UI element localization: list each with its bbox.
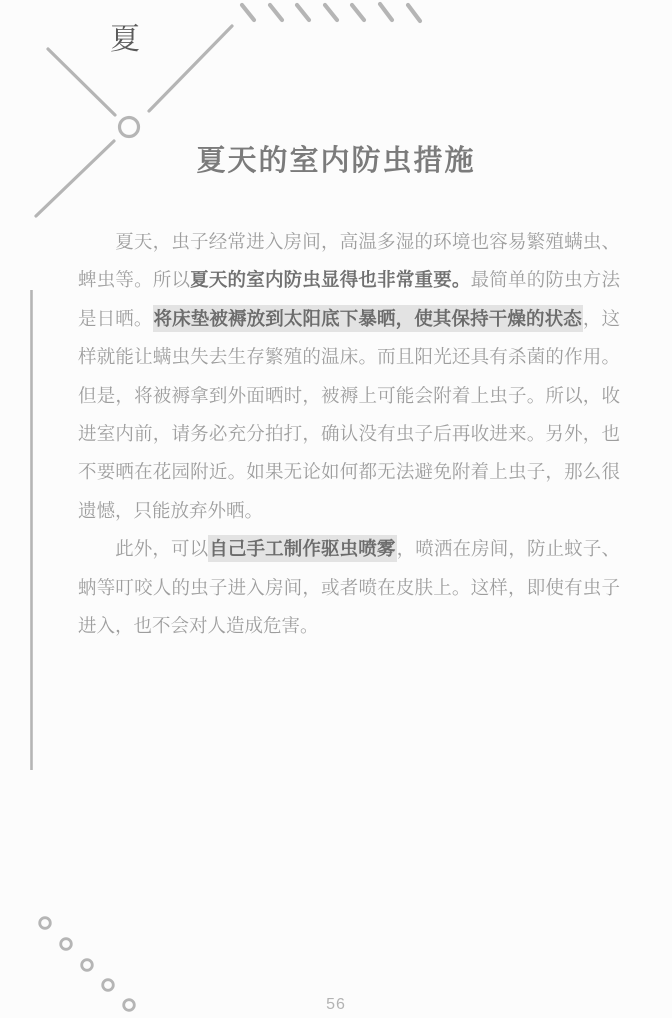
- bold-text: 夏天的室内防虫显得也非常重要。: [190, 269, 470, 290]
- body-run: ，这: [583, 308, 620, 329]
- body-run: 是日晒。: [78, 308, 153, 329]
- body-run: ，喷洒在房间，防止蚊子、: [397, 538, 620, 559]
- body-run: 不要晒在花园附近。如果无论如何都无法避免附着上虫子，那么很: [78, 461, 620, 482]
- text-line: 样就能让螨虫失去生存繁殖的温床。而且阳光还具有杀菌的作用。: [78, 338, 620, 376]
- body-run: 蜱虫等。所以: [78, 269, 190, 290]
- section-marker: 夏: [110, 22, 141, 58]
- highlighted-text: 将床垫被褥放到太阳底下暴晒，使其保持干燥的状态: [153, 305, 583, 332]
- hatch-marks: [242, 4, 420, 21]
- highlighted-text: 自己手工制作驱虫喷雾: [208, 535, 396, 562]
- text-line: 进室内前，请务必充分拍打，确认没有虫子后再收进来。另外，也: [78, 415, 620, 453]
- node-circle-icon: [120, 118, 139, 137]
- body-run: 此外，可以: [115, 538, 208, 559]
- text-line: 是日晒。将床垫被褥放到太阳底下暴晒，使其保持干燥的状态，这: [78, 300, 620, 338]
- body-text: 夏天，虫子经常进入房间，高温多湿的环境也容易繁殖螨虫、蜱虫等。所以夏天的室内防虫…: [78, 223, 620, 645]
- text-line: 蜱虫等。所以夏天的室内防虫显得也非常重要。最简单的防虫方法: [78, 261, 620, 299]
- body-run: 蚋等叮咬人的虫子进入房间，或者喷在皮肤上。这样，即使有虫子: [78, 577, 620, 598]
- book-page: 夏 夏天的室内防虫措施 夏天，虫子经常进入房间，高温多湿的环境也容易繁殖螨虫、蜱…: [0, 0, 672, 1018]
- page-number: 56: [0, 996, 672, 1014]
- body-run: 进入，也不会对人造成危害。: [78, 615, 319, 636]
- body-run: 最简单的防虫方法: [471, 269, 620, 290]
- body-run: 夏天，虫子经常进入房间，高温多湿的环境也容易繁殖螨虫、: [115, 231, 620, 252]
- text-line: 但是，将被褥拿到外面晒时，被褥上可能会附着上虫子。所以，收: [78, 377, 620, 415]
- text-line: 进入，也不会对人造成危害。: [78, 607, 620, 645]
- body-run: 但是，将被褥拿到外面晒时，被褥上可能会附着上虫子。所以，收: [78, 385, 620, 406]
- page-title: 夏天的室内防虫措施: [0, 143, 672, 179]
- text-line: 夏天，虫子经常进入房间，高温多湿的环境也容易繁殖螨虫、: [78, 223, 620, 261]
- diagonal-line-short: [48, 49, 115, 115]
- body-run: 遗憾，只能放弃外晒。: [78, 500, 263, 521]
- text-line: 不要晒在花园附近。如果无论如何都无法避免附着上虫子，那么很: [78, 453, 620, 491]
- text-line: 遗憾，只能放弃外晒。: [78, 492, 620, 530]
- body-run: 进室内前，请务必充分拍打，确认没有虫子后再收进来。另外，也: [78, 423, 620, 444]
- body-run: 样就能让螨虫失去生存繁殖的温床。而且阳光还具有杀菌的作用。: [78, 346, 620, 367]
- text-line: 此外，可以自己手工制作驱虫喷雾，喷洒在房间，防止蚊子、: [78, 530, 620, 568]
- text-line: 蚋等叮咬人的虫子进入房间，或者喷在皮肤上。这样，即使有虫子: [78, 569, 620, 607]
